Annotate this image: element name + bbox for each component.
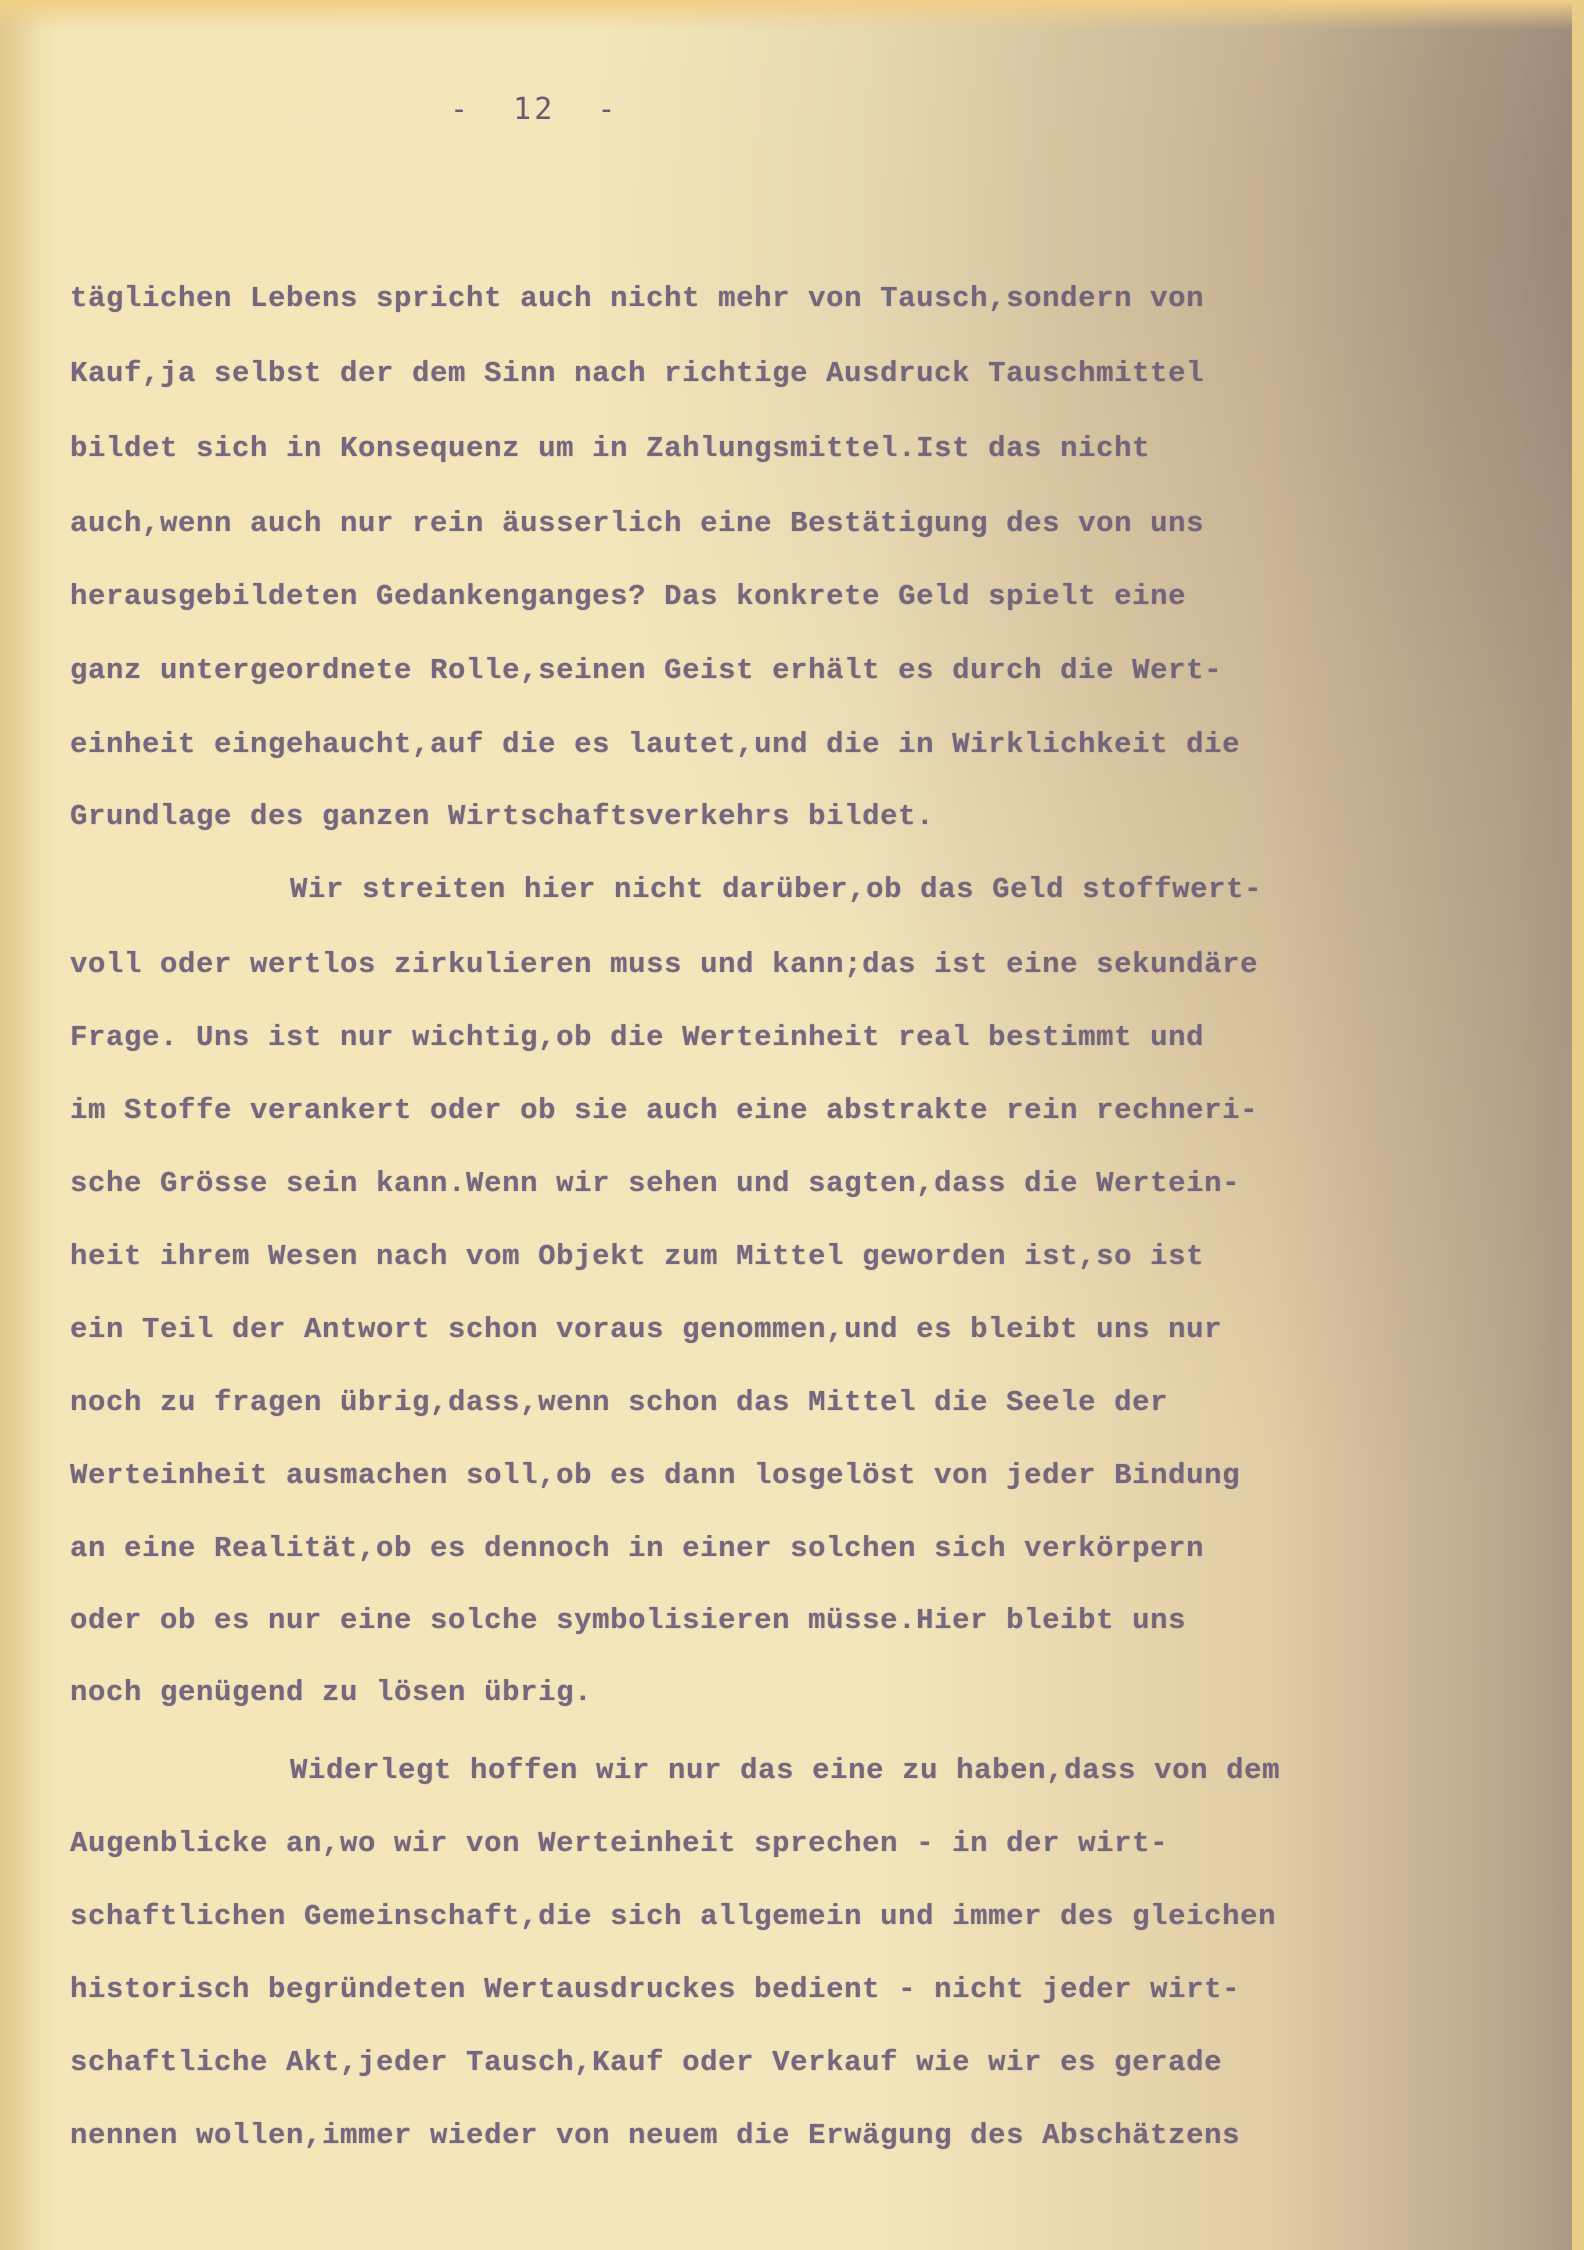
text-line: ganz untergeordnete Rolle,seinen Geist e… bbox=[70, 654, 1222, 687]
text-line: schaftlichen Gemeinschaft,die sich allge… bbox=[70, 1900, 1276, 1933]
text-line: Frage. Uns ist nur wichtig,ob die Wertei… bbox=[70, 1021, 1204, 1054]
page-number: - 12 - bbox=[450, 92, 619, 127]
text-line: an eine Realität,ob es dennoch in einer … bbox=[70, 1532, 1204, 1565]
text-line: schaftliche Akt,jeder Tausch,Kauf oder V… bbox=[70, 2046, 1222, 2079]
text-line: nennen wollen,immer wieder von neuem die… bbox=[70, 2119, 1240, 2152]
text-line: sche Grösse sein kann.Wenn wir sehen und… bbox=[70, 1167, 1240, 1200]
text-line: ein Teil der Antwort schon voraus genomm… bbox=[70, 1313, 1222, 1346]
text-line: Augenblicke an,wo wir von Werteinheit sp… bbox=[70, 1827, 1168, 1860]
page-right-edge bbox=[1572, 0, 1584, 2250]
text-line: noch zu fragen übrig,dass,wenn schon das… bbox=[70, 1386, 1168, 1419]
page-top-edge bbox=[0, 0, 1584, 30]
text-line: bildet sich in Konsequenz um in Zahlungs… bbox=[70, 432, 1150, 465]
text-line: heit ihrem Wesen nach vom Objekt zum Mit… bbox=[70, 1240, 1204, 1273]
text-line: täglichen Lebens spricht auch nicht mehr… bbox=[70, 282, 1204, 315]
document-page: - 12 - täglichen Lebens spricht auch nic… bbox=[0, 0, 1584, 2250]
text-line: einheit eingehaucht,auf die es lautet,un… bbox=[70, 728, 1240, 761]
text-line: noch genügend zu lösen übrig. bbox=[70, 1676, 592, 1709]
text-line: Werteinheit ausmachen soll,ob es dann lo… bbox=[70, 1459, 1240, 1492]
text-line: im Stoffe verankert oder ob sie auch ein… bbox=[70, 1094, 1258, 1127]
text-line: Kauf,ja selbst der dem Sinn nach richtig… bbox=[70, 357, 1204, 390]
paragraph-start-line: Widerlegt hoffen wir nur das eine zu hab… bbox=[290, 1754, 1280, 1787]
text-line: herausgebildeten Gedankenganges? Das kon… bbox=[70, 580, 1186, 613]
text-line: historisch begründeten Wertausdruckes be… bbox=[70, 1973, 1240, 2006]
text-line: voll oder wertlos zirkulieren muss und k… bbox=[70, 948, 1258, 981]
text-line: oder ob es nur eine solche symbolisieren… bbox=[70, 1604, 1186, 1637]
text-line: Grundlage des ganzen Wirtschaftsverkehrs… bbox=[70, 800, 934, 833]
text-line: auch,wenn auch nur rein äusserlich eine … bbox=[70, 507, 1204, 540]
paragraph-start-line: Wir streiten hier nicht darüber,ob das G… bbox=[290, 873, 1262, 906]
